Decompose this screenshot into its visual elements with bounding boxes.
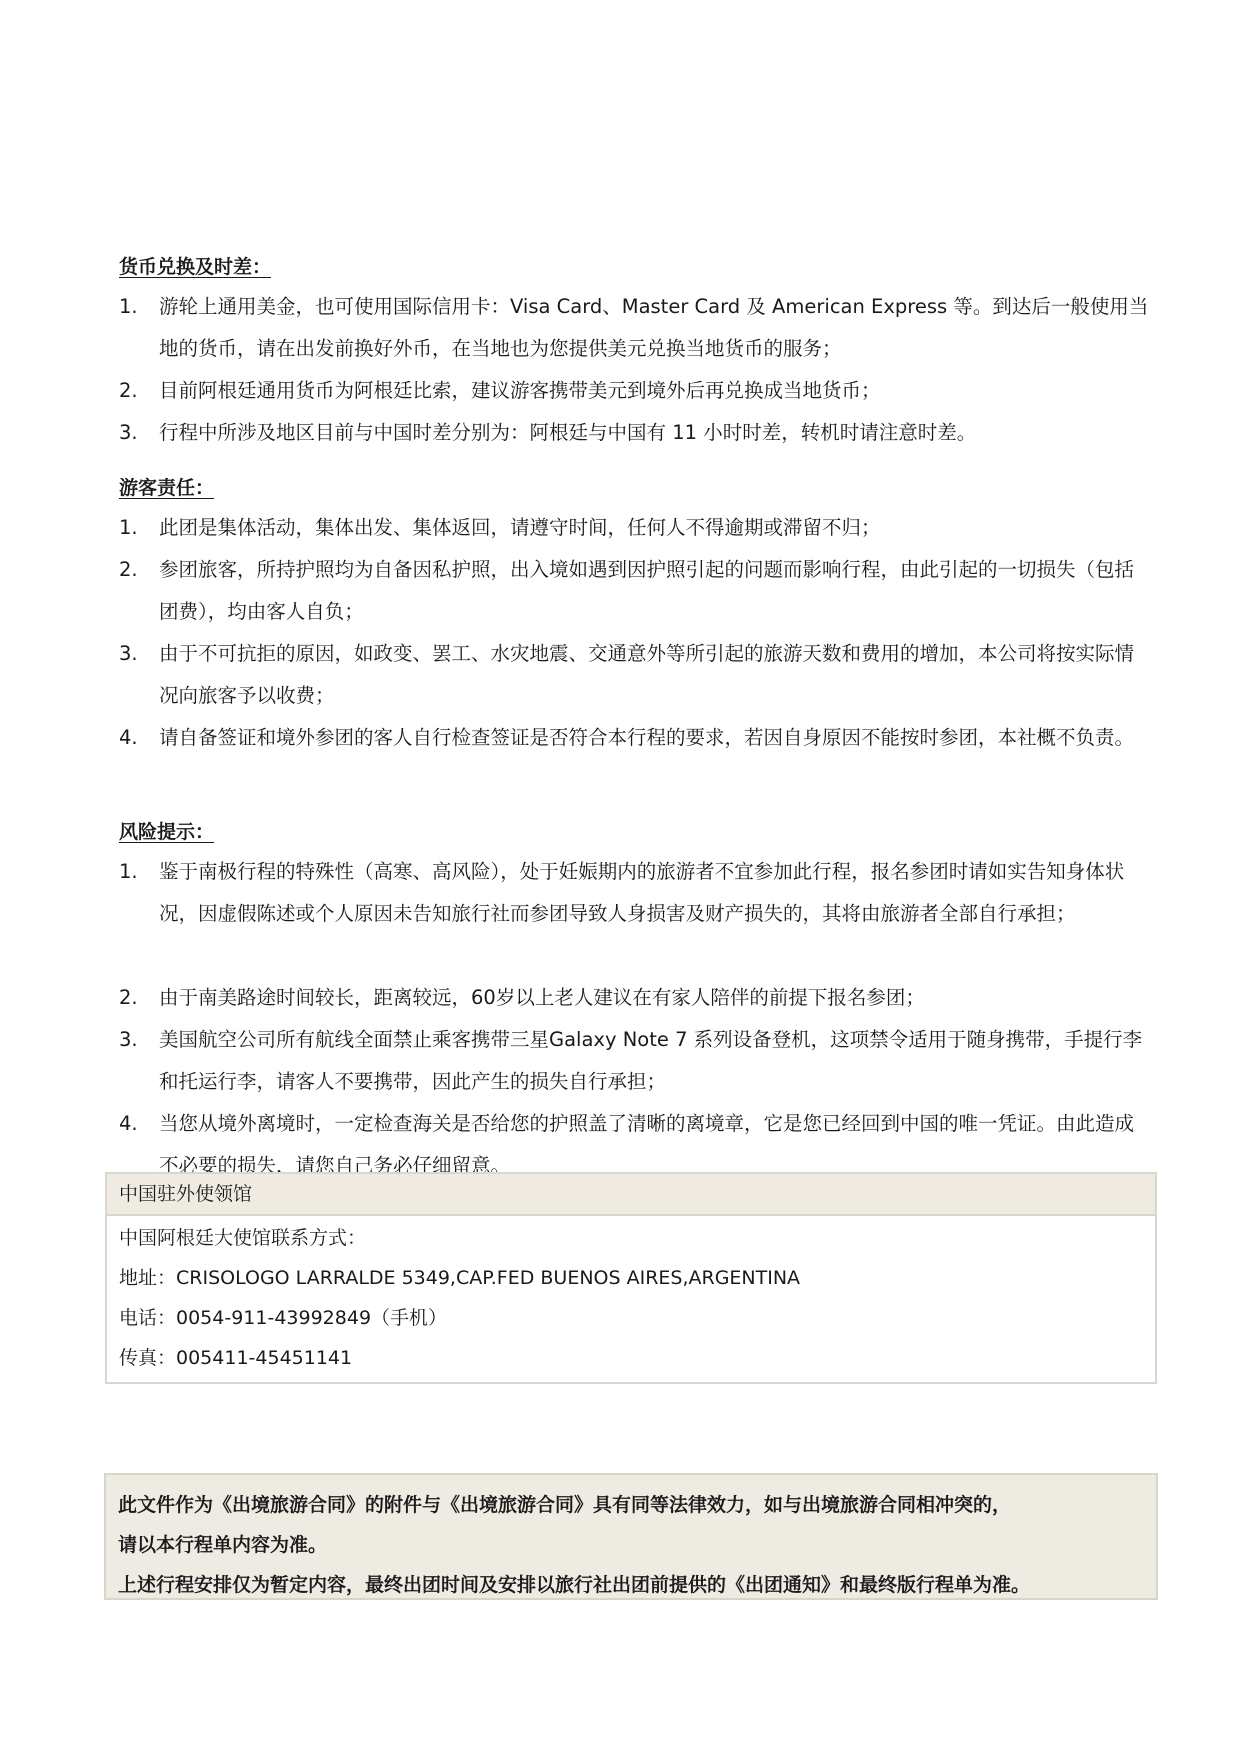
item-text: 此团是集体活动，集体出发、集体返回，请遵守时间，任何人不得逾期或滞留不归；: [159, 507, 1151, 549]
item-number: 3.: [119, 412, 138, 454]
embassy-table: 中国驻外使领馆 中国阿根廷大使馆联系方式： 地址：CRISOLOGO LARRA…: [105, 1172, 1157, 1384]
list-item: 1. 此团是集体活动，集体出发、集体返回，请遵守时间，任何人不得逾期或滞留不归；: [119, 507, 1151, 549]
section-title-responsibility: 游客责任：: [119, 473, 214, 500]
section-title-currency: 货币兑换及时差：: [119, 252, 271, 279]
list-item: 2. 参团旅客，所持护照均为自备因私护照，出入境如遇到因护照引起的问题而影响行程…: [119, 549, 1151, 633]
list-item: 1. 游轮上通用美金，也可使用国际信用卡：Visa Card、Master Ca…: [119, 286, 1151, 370]
item-number: 1.: [119, 507, 138, 549]
item-text: 请自备签证和境外参团的客人自行检查签证是否符合本行程的要求，若因自身原因不能按时…: [159, 717, 1151, 759]
notice-line: 请以本行程单内容为准。: [118, 1525, 1144, 1565]
list-item: 2. 由于南美路途时间较长，距离较远，60岁以上老人建议在有家人陪伴的前提下报名…: [119, 977, 1151, 1019]
list-item: 3. 由于不可抗拒的原因，如政变、罢工、水灾地震、交通意外等所引起的旅游天数和费…: [119, 633, 1151, 717]
embassy-phone: 电话：0054-911-43992849（手机）: [107, 1298, 1155, 1338]
item-number: 4.: [119, 1103, 138, 1145]
item-number: 3.: [119, 1019, 138, 1061]
item-text: 参团旅客，所持护照均为自备因私护照，出入境如遇到因护照引起的问题而影响行程，由此…: [159, 549, 1151, 633]
list-item: 4. 请自备签证和境外参团的客人自行检查签证是否符合本行程的要求，若因自身原因不…: [119, 717, 1151, 759]
item-text: 由于南美路途时间较长，距离较远，60岁以上老人建议在有家人陪伴的前提下报名参团；: [159, 977, 1151, 1019]
item-number: 2.: [119, 977, 138, 1019]
item-number: 2.: [119, 370, 138, 412]
item-number: 1.: [119, 851, 138, 893]
item-text: 游轮上通用美金，也可使用国际信用卡：Visa Card、Master Card …: [159, 286, 1151, 370]
section-title-risk: 风险提示：: [119, 817, 214, 844]
item-number: 3.: [119, 633, 138, 675]
notice-line: 此文件作为《出境旅游合同》的附件与《出境旅游合同》具有同等法律效力，如与出境旅游…: [118, 1485, 1144, 1525]
item-text: 行程中所涉及地区目前与中国时差分别为：阿根廷与中国有 11 小时时差，转机时请注…: [159, 412, 1151, 454]
item-text: 鉴于南极行程的特殊性（高寒、高风险），处于妊娠期内的旅游者不宜参加此行程，报名参…: [159, 851, 1151, 935]
item-text: 美国航空公司所有航线全面禁止乘客携带三星Galaxy Note 7 系列设备登机…: [159, 1019, 1151, 1103]
embassy-table-body: 中国阿根廷大使馆联系方式： 地址：CRISOLOGO LARRALDE 5349…: [107, 1216, 1155, 1382]
list-item: 3. 美国航空公司所有航线全面禁止乘客携带三星Galaxy Note 7 系列设…: [119, 1019, 1151, 1103]
embassy-contact-label: 中国阿根廷大使馆联系方式：: [107, 1218, 1155, 1258]
embassy-table-header: 中国驻外使领馆: [107, 1174, 1155, 1216]
item-number: 2.: [119, 549, 138, 591]
item-number: 1.: [119, 286, 138, 328]
notice-line: 上述行程安排仅为暂定内容，最终出团时间及安排以旅行社出团前提供的《出团通知》和最…: [118, 1565, 1144, 1605]
embassy-fax: 传真：005411-45451141: [107, 1338, 1155, 1378]
list-item: 2. 目前阿根廷通用货币为阿根廷比索，建议游客携带美元到境外后再兑换成当地货币；: [119, 370, 1151, 412]
item-text: 由于不可抗拒的原因，如政变、罢工、水灾地震、交通意外等所引起的旅游天数和费用的增…: [159, 633, 1151, 717]
embassy-address: 地址：CRISOLOGO LARRALDE 5349,CAP.FED BUENO…: [107, 1258, 1155, 1298]
list-item: 3. 行程中所涉及地区目前与中国时差分别为：阿根廷与中国有 11 小时时差，转机…: [119, 412, 1151, 454]
legal-notice-box: 此文件作为《出境旅游合同》的附件与《出境旅游合同》具有同等法律效力，如与出境旅游…: [104, 1473, 1158, 1600]
item-text: 目前阿根廷通用货币为阿根廷比索，建议游客携带美元到境外后再兑换成当地货币；: [159, 370, 1151, 412]
list-item: 1. 鉴于南极行程的特殊性（高寒、高风险），处于妊娠期内的旅游者不宜参加此行程，…: [119, 851, 1151, 935]
item-number: 4.: [119, 717, 138, 759]
